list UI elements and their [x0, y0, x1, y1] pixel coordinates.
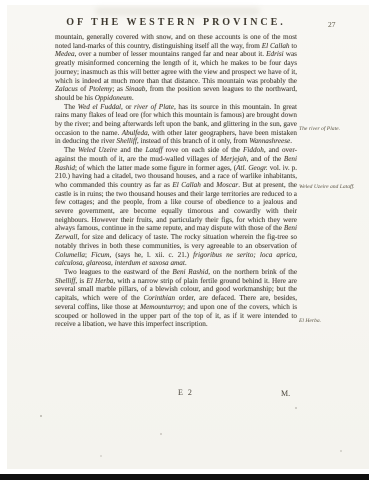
show-through-smudge [95, 8, 260, 15]
body-paragraph-4: Two leagues to the eastward of the Beni … [55, 268, 297, 329]
running-title: OF THE WESTERN PROVINCE. [55, 17, 297, 28]
body-paragraph-2: The Wed el Fuddal, or river of Plate, ha… [55, 103, 297, 147]
margin-note-weled-uzeire-lataff: Weled Uzeire and Lataff. [299, 184, 355, 191]
scan-speckles [40, 415, 42, 417]
margin-note-river-of-plate: The river of Plate. [299, 126, 355, 133]
page-number: 27 [328, 20, 336, 29]
body-text-block: mountain, generally covered with snow, a… [55, 33, 297, 329]
catchword: M. [281, 389, 290, 398]
signature-mark: E 2 [178, 388, 193, 397]
body-paragraph-3: The Weled Uzeire and the Lataff rove on … [55, 146, 297, 268]
margin-note-el-herba: El Herba. [299, 318, 355, 325]
body-paragraph-1: mountain, generally covered with snow, a… [55, 33, 297, 103]
scan-edge-bar [0, 474, 369, 480]
book-page-scan: OF THE WESTERN PROVINCE. 27 mountain, ge… [0, 0, 369, 480]
